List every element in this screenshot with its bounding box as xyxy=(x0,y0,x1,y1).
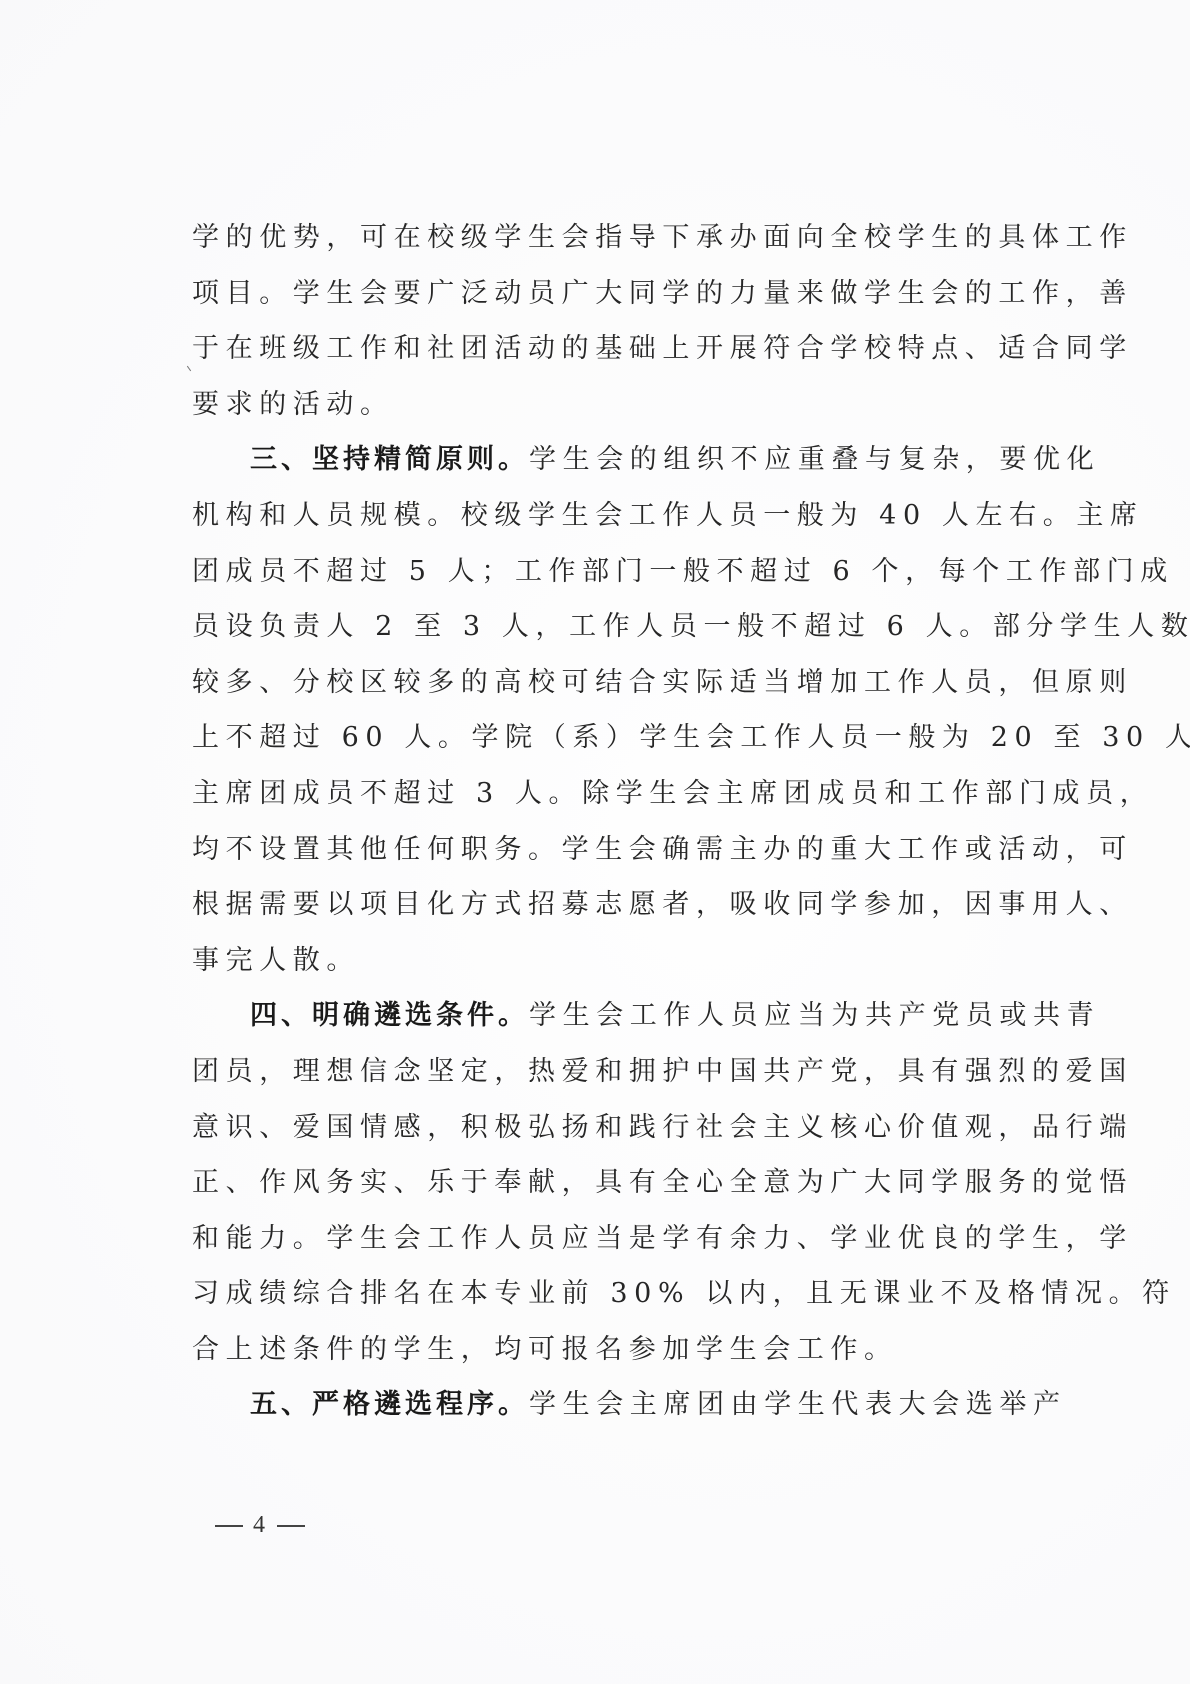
text-line: 团成员不超过 5 人；工作部门一般不超过 6 个，每个工作部门成 xyxy=(192,552,992,608)
text-line: 主席团成员不超过 3 人。除学生会主席团成员和工作部门成员， xyxy=(192,774,992,830)
body-text: 学的优势，可在校级学生会指导下承办面向全校学生的具体工作 项目。学生会要广泛动员… xyxy=(192,218,992,1441)
text-line: 项目。学生会要广泛动员广大同学的力量来做学生会的工作，善 xyxy=(192,274,992,330)
text-line: 习成绩综合排名在本专业前 30% 以内，且无课业不及格情况。符 xyxy=(192,1274,992,1330)
section-5-first-line: 五、严格遴选程序。学生会主席团由学生代表大会选举产 xyxy=(192,1385,992,1441)
section-heading-5: 五、严格遴选程序。 xyxy=(250,1389,529,1420)
text-line: 事完人散。 xyxy=(192,941,992,997)
section-3-first-line: 三、坚持精简原则。学生会的组织不应重叠与复杂，要优化 xyxy=(192,440,992,496)
document-page: 学的优势，可在校级学生会指导下承办面向全校学生的具体工作 项目。学生会要广泛动员… xyxy=(0,0,1190,1684)
text-line: 均不设置其他任何职务。学生会确需主办的重大工作或活动，可 xyxy=(192,830,992,886)
text-line: 员设负责人 2 至 3 人，工作人员一般不超过 6 人。部分学生人数 xyxy=(192,607,992,663)
scan-artifact-mark xyxy=(187,366,191,371)
section-heading-4: 四、明确遴选条件。 xyxy=(250,1000,529,1031)
text-run: 学生会的组织不应重叠与复杂，要优化 xyxy=(529,444,1100,475)
text-run: 学生会工作人员应当为共产党员或共青 xyxy=(529,1000,1100,1031)
text-line: 较多、分校区较多的高校可结合实际适当增加工作人员，但原则 xyxy=(192,663,992,719)
text-line: 意识、爱国情感，积极弘扬和践行社会主义核心价值观，品行端 xyxy=(192,1108,992,1164)
page-number-dash-right xyxy=(277,1525,305,1527)
text-run: 学生会主席团由学生代表大会选举产 xyxy=(529,1389,1067,1420)
text-line: 要求的活动。 xyxy=(192,385,992,441)
section-4-first-line: 四、明确遴选条件。学生会工作人员应当为共产党员或共青 xyxy=(192,996,992,1052)
text-line: 于在班级工作和社团活动的基础上开展符合学校特点、适合同学 xyxy=(192,329,992,385)
page-number-dash-left xyxy=(215,1525,243,1527)
text-line: 机构和人员规模。校级学生会工作人员一般为 40 人左右。主席 xyxy=(192,496,992,552)
page-number-value: 4 xyxy=(253,1512,267,1538)
text-line: 合上述条件的学生，均可报名参加学生会工作。 xyxy=(192,1330,992,1386)
text-line: 根据需要以项目化方式招募志愿者，吸收同学参加，因事用人、 xyxy=(192,885,992,941)
text-line: 正、作风务实、乐于奉献，具有全心全意为广大同学服务的觉悟 xyxy=(192,1163,992,1219)
text-line: 上不超过 60 人。学院（系）学生会工作人员一般为 20 至 30 人， xyxy=(192,718,992,774)
page-number: 4 xyxy=(205,1512,315,1539)
text-line: 学的优势，可在校级学生会指导下承办面向全校学生的具体工作 xyxy=(192,218,992,274)
section-heading-3: 三、坚持精简原则。 xyxy=(250,444,529,475)
text-line: 和能力。学生会工作人员应当是学有余力、学业优良的学生，学 xyxy=(192,1219,992,1275)
text-line: 团员，理想信念坚定，热爱和拥护中国共产党，具有强烈的爱国 xyxy=(192,1052,992,1108)
